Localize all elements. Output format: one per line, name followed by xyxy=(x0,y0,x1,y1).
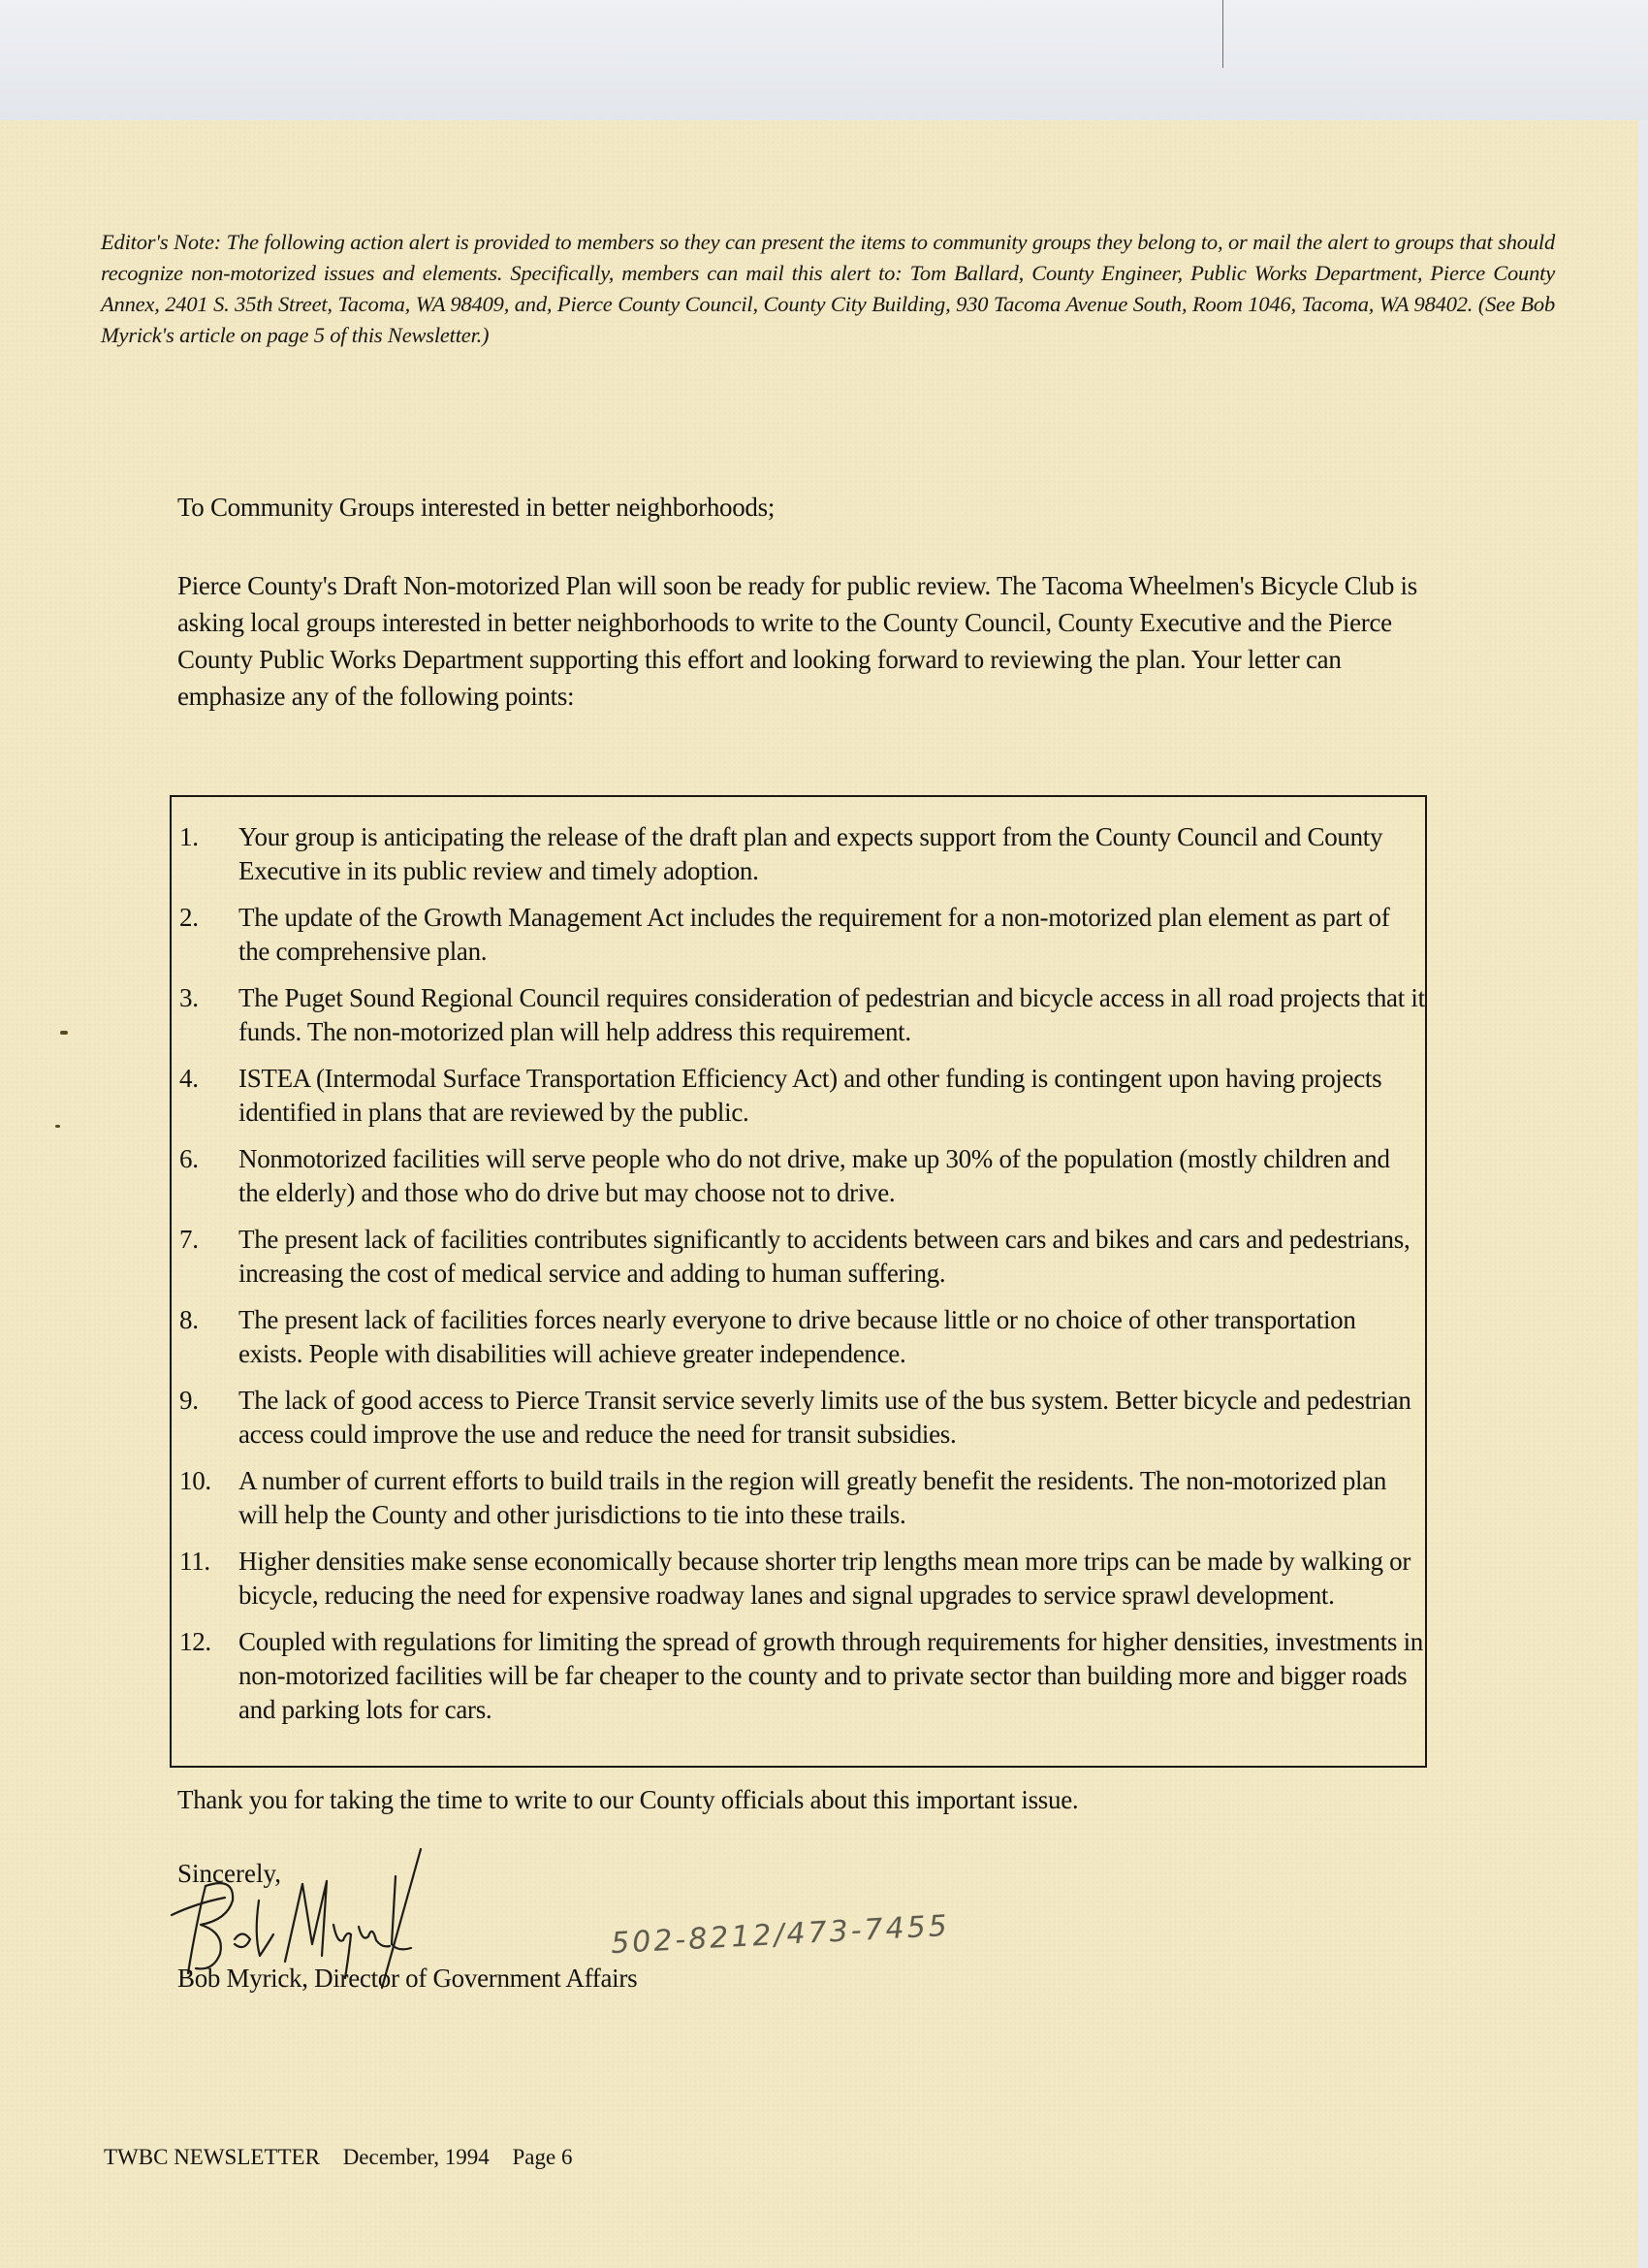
list-item: 2.The update of the Growth Management Ac… xyxy=(179,901,1425,969)
point-text: Higher densities make sense economically… xyxy=(238,1545,1425,1613)
point-number: 8. xyxy=(179,1303,238,1337)
punch-mark xyxy=(55,1125,60,1128)
point-number: 10. xyxy=(179,1464,238,1498)
list-item: 1.Your group is anticipating the release… xyxy=(179,820,1425,888)
point-number: 9. xyxy=(179,1384,238,1418)
point-text: The update of the Growth Management Act … xyxy=(238,901,1425,969)
punch-mark xyxy=(60,1031,68,1035)
point-text: Nonmotorized facilities will serve peopl… xyxy=(238,1142,1425,1210)
point-number: 6. xyxy=(179,1142,238,1176)
list-item: 6.Nonmotorized facilities will serve peo… xyxy=(179,1142,1425,1210)
point-number: 3. xyxy=(179,981,238,1015)
points-box: 1.Your group is anticipating the release… xyxy=(170,795,1427,1768)
list-item: 7.The present lack of facilities contrib… xyxy=(179,1223,1425,1291)
point-text: The Puget Sound Regional Council require… xyxy=(238,981,1425,1049)
page-footer: TWBC NEWSLETTER December, 1994 Page 6 xyxy=(104,2143,589,2172)
list-item: 10.A number of current efforts to build … xyxy=(179,1464,1425,1532)
scanner-bed-margin xyxy=(0,0,1648,120)
point-number: 11. xyxy=(179,1545,238,1579)
editors-note: Editor's Note: The following action aler… xyxy=(101,227,1555,351)
point-number: 1. xyxy=(179,820,238,854)
footer-publication: TWBC NEWSLETTER xyxy=(104,2145,320,2169)
point-text: The present lack of facilities contribut… xyxy=(238,1223,1425,1291)
point-text: Coupled with regulations for limiting th… xyxy=(238,1625,1425,1727)
point-number: 4. xyxy=(179,1062,238,1096)
footer-page-number: Page 6 xyxy=(513,2145,573,2169)
points-list: 1.Your group is anticipating the release… xyxy=(179,820,1425,1740)
point-text: The lack of good access to Pierce Transi… xyxy=(238,1384,1425,1452)
point-number: 12. xyxy=(179,1625,238,1659)
point-number: 7. xyxy=(179,1223,238,1257)
point-text: ISTEA (Intermodal Surface Transportation… xyxy=(238,1062,1425,1130)
point-text: A number of current efforts to build tra… xyxy=(238,1464,1425,1532)
point-text: The present lack of facilities forces ne… xyxy=(238,1303,1425,1371)
signer-name-title: Bob Myrick, Director of Government Affai… xyxy=(177,1961,637,1996)
point-text: Your group is anticipating the release o… xyxy=(238,820,1425,888)
footer-date: December, 1994 xyxy=(343,2145,490,2169)
letter-salutation: To Community Groups interested in better… xyxy=(177,490,775,525)
scanner-scratch xyxy=(1222,0,1223,68)
list-item: 4.ISTEA (Intermodal Surface Transportati… xyxy=(179,1062,1425,1130)
list-item: 8.The present lack of facilities forces … xyxy=(179,1303,1425,1371)
point-number: 2. xyxy=(179,901,238,935)
list-item: 9.The lack of good access to Pierce Tran… xyxy=(179,1384,1425,1452)
list-item: 12.Coupled with regulations for limiting… xyxy=(179,1625,1425,1727)
letter-intro: Pierce County's Draft Non-motorized Plan… xyxy=(177,567,1428,715)
letter-closing: Thank you for taking the time to write t… xyxy=(177,1782,1078,1817)
list-item: 3.The Puget Sound Regional Council requi… xyxy=(179,981,1425,1049)
list-item: 11.Higher densities make sense economica… xyxy=(179,1545,1425,1613)
